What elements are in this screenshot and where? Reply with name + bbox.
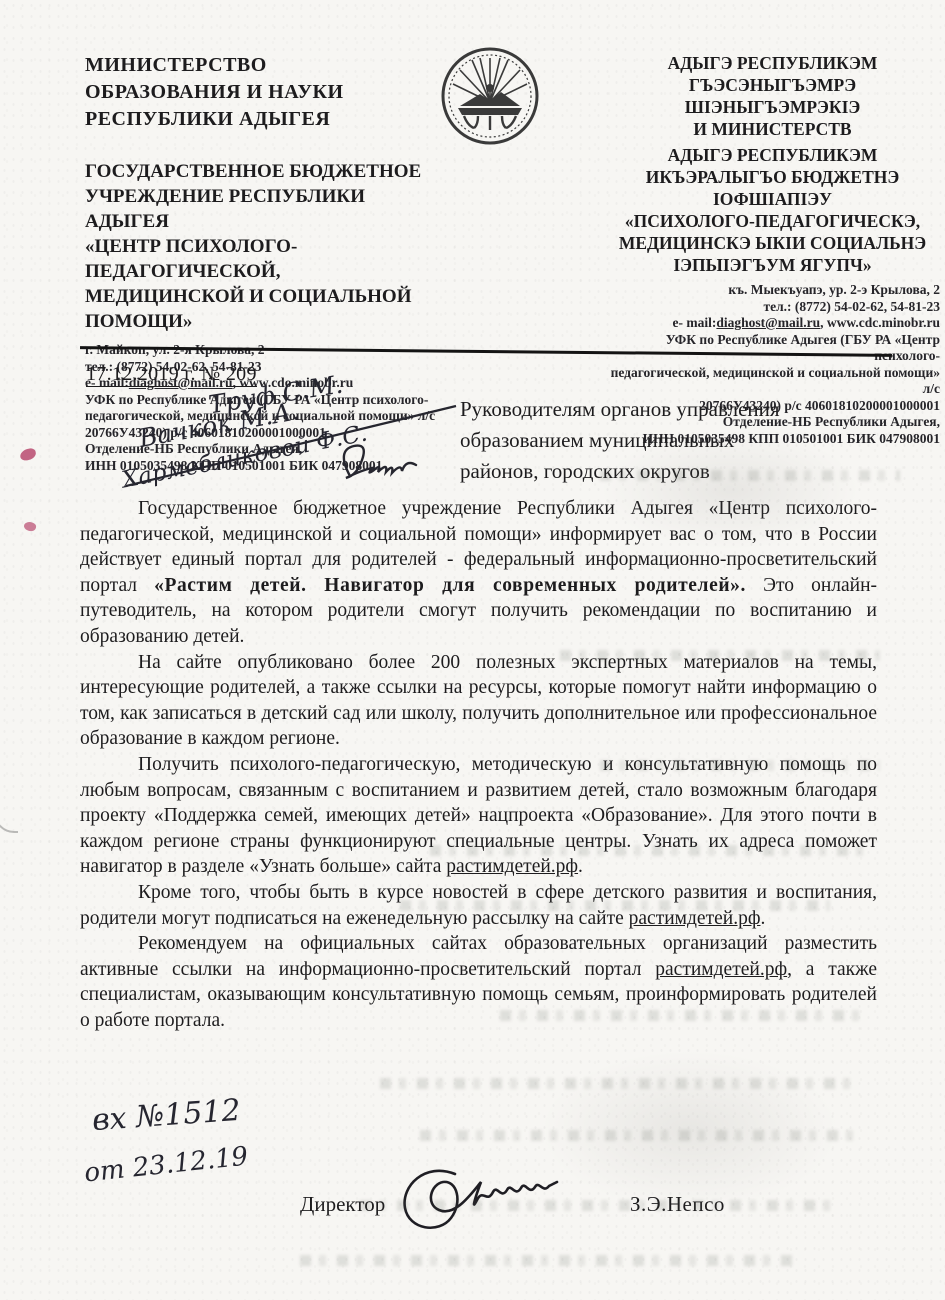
org-line: «ЦЕНТР ПСИХОЛОГО-ПЕДАГОГИЧЕСКОЙ, [85,234,445,284]
body-paragraph: На сайте опубликовано более 200 полезных… [80,650,877,752]
email-line: e- mail:diaghost@mail.ru, www.cdc.minobr… [605,315,940,332]
link-rastimdetey: растимдетей.рф [655,959,787,980]
ministry-line: МИНИСТЕРСТВО [85,52,445,79]
handwritten-resolution: Труф С.М. Вачкок М.А. Хармебликовой Ф.С. [118,378,478,508]
bleedthrough-artifact [420,1130,860,1141]
bleedthrough-artifact [600,760,880,771]
org-line: МЕДИЦИНСКЭ ЫКIИ СОЦИАЛЬНЭ [605,232,940,254]
scan-curve-artifact [0,805,18,833]
address-line: къ. Мыекъуапэ, ур. 2-э Крылова, 2 [605,282,940,299]
coat-of-arms-icon [438,44,542,148]
handwritten-incoming-stamp: вх №1512 от 23.12.19 [84,1098,304,1208]
bleedthrough-artifact [430,845,870,856]
org-line: ГОСУДАРСТВЕННОЕ БЮДЖЕТНОЕ [85,159,445,184]
link-rastimdetey: растимдетей.рф [446,856,578,877]
portal-name-bold: «Растим детей. Навигатор для современных… [154,575,746,596]
bleedthrough-artifact [380,1078,860,1089]
scanned-letter-page: МИНИСТЕРСТВО ОБРАЗОВАНИЯ И НАУКИ РЕСПУБЛ… [0,0,945,1300]
red-ink-artifact [23,520,37,533]
phone-line: тел.: (8772) 54-02-62, 54-81-23 [605,299,940,316]
bleedthrough-artifact [400,900,830,911]
bleedthrough-artifact [600,470,900,481]
scan-blotch [600,430,860,550]
org-line: «ПСИХОЛОГО-ПЕДАГОГИЧЕСКЭ, [605,210,940,232]
ministry-line: ШIЭНЫГЪЭМРЭКIЭ [605,96,940,118]
ministry-line: АДЫГЭ РЕСПУБЛИКЭМ [605,52,940,74]
organization-name-adyghe: АДЫГЭ РЕСПУБЛИКЭМ ИКЪЭРАЛЫГЪО БЮДЖЕТНЭ I… [605,144,940,276]
bleedthrough-artifact [360,1200,840,1211]
incoming-date: от 23.12.19 [83,1141,250,1188]
incoming-number: вх №1512 [91,1093,242,1138]
red-ink-artifact [19,447,37,462]
org-line: УЧРЕЖДЕНИЕ РЕСПУБЛИКИ АДЫГЕЯ [85,184,445,234]
org-line: МЕДИЦИНСКОЙ И СОЦИАЛЬНОЙ ПОМОЩИ» [85,284,445,334]
bleedthrough-artifact [560,650,880,661]
ministry-line: ОБРАЗОВАНИЯ И НАУКИ [85,79,445,106]
ministry-name-ru: МИНИСТЕРСТВО ОБРАЗОВАНИЯ И НАУКИ РЕСПУБЛ… [85,52,445,133]
letterhead-right: АДЫГЭ РЕСПУБЛИКЭМ ГЪЭСЭНЫГЪЭМРЭ ШIЭНЫГЪЭ… [605,52,940,447]
bleedthrough-artifact [500,1010,870,1021]
organization-name-ru: ГОСУДАРСТВЕННОЕ БЮДЖЕТНОЕ УЧРЕЖДЕНИЕ РЕС… [85,159,445,334]
bleedthrough-artifact [300,1255,800,1266]
org-line: IЭПЫIЭГЪУМ ЯГУПЧ» [605,254,940,276]
ministry-name-adyghe: АДЫГЭ РЕСПУБЛИКЭМ ГЪЭСЭНЫГЪЭМРЭ ШIЭНЫГЪЭ… [605,52,940,140]
ministry-line: РЕСПУБЛИКИ АДЫГЕЯ [85,106,445,133]
bank-line: УФК по Республике Адыгея (ГБУ РА «Центр … [605,332,940,365]
ministry-line: И МИНИСТЕРСТВ [605,118,940,140]
ministry-line: ГЪЭСЭНЫГЪЭМРЭ [605,74,940,96]
bank-line: педагогической, медицинской и социальной… [605,365,940,398]
addressee-line: Руководителям органов управления [460,394,890,425]
email-link: diaghost@mail.ru [716,315,820,330]
org-line: ИКЪЭРАЛЫГЪО БЮДЖЕТНЭ IОФШIАПIЭУ [605,166,940,210]
org-line: АДЫГЭ РЕСПУБЛИКЭМ [605,144,940,166]
body-paragraph: Получить психолого-педагогическую, метод… [80,752,877,880]
